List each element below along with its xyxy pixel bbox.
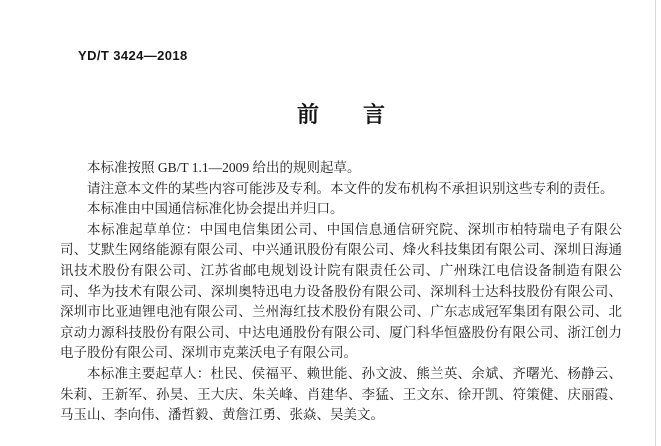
- paragraph-proposing-body: 本标准由中国通信标准化协会提出并归口。: [60, 199, 622, 220]
- document-body: 本标准按照 GB/T 1.1—2009 给出的规则起草。 请注意本文件的某些内容…: [60, 158, 622, 426]
- paragraph-drafting-rules: 本标准按照 GB/T 1.1—2009 给出的规则起草。: [60, 158, 622, 179]
- scan-edge-line: [655, 0, 656, 446]
- document-page: YD/T 3424—2018 前言 本标准按照 GB/T 1.1—2009 给出…: [0, 0, 661, 446]
- paragraph-patent-notice: 请注意本文件的某些内容可能涉及专利。本文件的发布机构不承担识别这些专利的责任。: [60, 179, 622, 200]
- paragraph-main-drafters: 本标准主要起草人：杜民、侯福平、赖世能、孙文波、熊兰英、余斌、齐曙光、杨静云、朱…: [60, 364, 622, 426]
- standard-number-header: YD/T 3424—2018: [78, 48, 188, 63]
- page-title-text: 前言: [297, 102, 429, 127]
- paragraph-drafting-organizations: 本标准起草单位：中国电信集团公司、中国信息通信研究院、深圳市柏特瑞电子有限公司、…: [60, 220, 622, 364]
- page-title: 前言: [60, 98, 622, 129]
